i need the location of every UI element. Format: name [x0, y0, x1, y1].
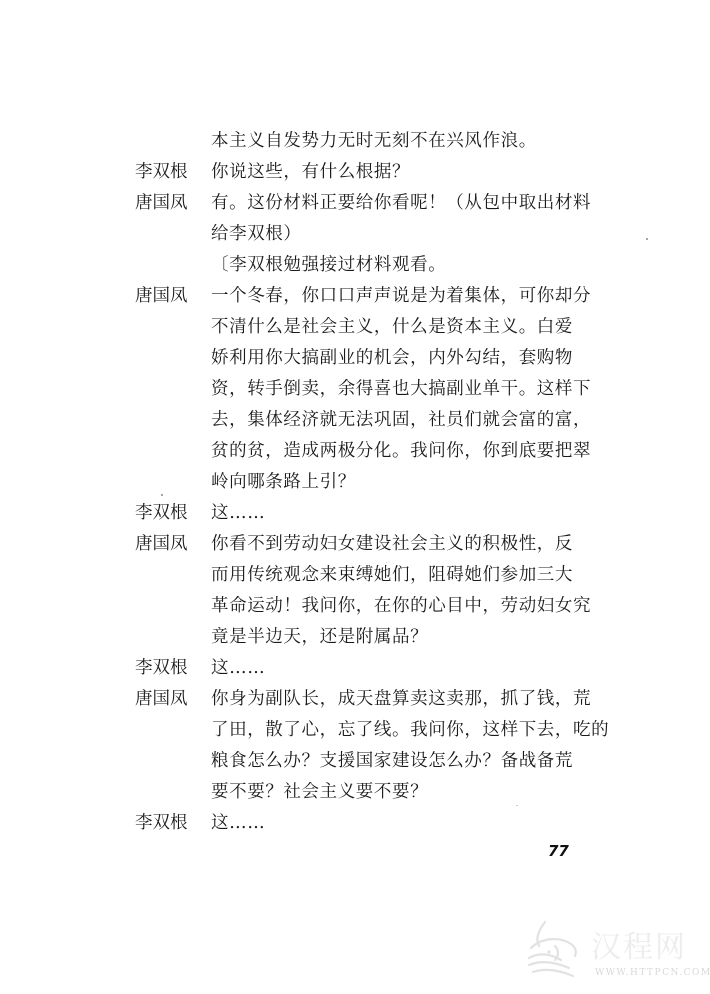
script-line: 本主义自发势力无时无刻不在兴风作浪。 — [135, 126, 585, 157]
scan-speck — [161, 494, 163, 496]
speaker-name: 唐国凤 — [135, 529, 205, 560]
script-line: 唐国凤 你看不到劳动妇女建设社会主义的积极性，反 — [135, 529, 585, 560]
dialogue-text: 娇利用你大搞副业的机会，内外勾结，套购物 — [211, 343, 573, 374]
script-line: 革命运动！我问你，在你的心目中，劳动妇女究 — [135, 591, 585, 622]
document-page: 本主义自发势力无时无刻不在兴风作浪。 李双根 你说这些，有什么根据？ 唐国凤 有… — [0, 0, 710, 994]
dialogue-text: 贫的贫，造成两极分化。我问你，你到底要把翠 — [211, 436, 591, 467]
script-line: 粮食怎么办？支援国家建设怎么办？备战备荒 — [135, 746, 585, 777]
script-line: 贫的贫，造成两极分化。我问你，你到底要把翠 — [135, 436, 585, 467]
speaker-name: 唐国凤 — [135, 188, 205, 219]
dialogue-text: 这…… — [211, 808, 265, 839]
dialogue-text: 革命运动！我问你，在你的心目中，劳动妇女究 — [211, 591, 591, 622]
dialogue-text: 给李双根） — [211, 219, 302, 250]
scan-speck — [646, 238, 648, 240]
script-line: 唐国凤 你身为副队长，成天盘算卖这卖那，抓了钱，荒 — [135, 684, 585, 715]
script-line: 去，集体经济就无法巩固，社员们就会富的富， — [135, 405, 585, 436]
dialogue-text: 一个冬春，你口口声声说是为着集体，可你却分 — [211, 281, 591, 312]
script-body: 本主义自发势力无时无刻不在兴风作浪。 李双根 你说这些，有什么根据？ 唐国凤 有… — [135, 126, 585, 839]
dialogue-text: 而用传统观念来束缚她们，阻碍她们参加三大 — [211, 560, 573, 591]
speaker-name: 李双根 — [135, 653, 205, 684]
watermark-title: 汉程网 — [591, 922, 687, 966]
dialogue-text: 去，集体经济就无法巩固，社员们就会富的富， — [211, 405, 591, 436]
script-line: 而用传统观念来束缚她们，阻碍她们参加三大 — [135, 560, 585, 591]
stage-direction-text: 〔李双根勉强接过材料观看。 — [211, 250, 446, 281]
dialogue-text: 岭向哪条路上引？ — [211, 467, 356, 498]
dialogue-text: 资，转手倒卖，余得喜也大搞副业单干。这样下 — [211, 374, 591, 405]
speaker-name: 李双根 — [135, 157, 205, 188]
script-line: 资，转手倒卖，余得喜也大搞副业单干。这样下 — [135, 374, 585, 405]
script-line: 李双根 这…… — [135, 653, 585, 684]
dialogue-text: 了田，散了心，忘了线。我问你，这样下去，吃的 — [211, 715, 609, 746]
script-line: 李双根 这…… — [135, 498, 585, 529]
dialogue-text: 本主义自发势力无时无刻不在兴风作浪。 — [211, 126, 537, 157]
dialogue-text: 粮食怎么办？支援国家建设怎么办？备战备荒 — [211, 746, 573, 777]
script-line: 给李双根） — [135, 219, 585, 250]
script-line: 李双根 你说这些，有什么根据？ — [135, 157, 585, 188]
script-line: 了田，散了心，忘了线。我问你，这样下去，吃的 — [135, 715, 585, 746]
scan-speck — [386, 562, 387, 563]
speaker-name: 李双根 — [135, 808, 205, 839]
dialogue-text: 有。这份材料正要给你看呢！（从包中取出材料 — [211, 188, 591, 219]
script-line: 娇利用你大搞副业的机会，内外勾结，套购物 — [135, 343, 585, 374]
watermark-url: WWW.HTTPCN.COM — [595, 968, 710, 978]
script-line: 唐国凤 一个冬春，你口口声声说是为着集体，可你却分 — [135, 281, 585, 312]
dialogue-text: 不清什么是社会主义，什么是资本主义。白爱 — [211, 312, 573, 343]
speaker-name: 唐国凤 — [135, 684, 205, 715]
speaker-name: 李双根 — [135, 498, 205, 529]
watermark: 汉程网 WWW.HTTPCN.COM — [525, 918, 705, 984]
script-line: 唐国凤 有。这份材料正要给你看呢！（从包中取出材料 — [135, 188, 585, 219]
dialogue-text: 竟是半边天，还是附属品？ — [211, 622, 428, 653]
dialogue-text: 你看不到劳动妇女建设社会主义的积极性，反 — [211, 529, 573, 560]
dialogue-text: 这…… — [211, 653, 265, 684]
page-number: 77 — [548, 842, 569, 860]
dialogue-text: 这…… — [211, 498, 265, 529]
scan-speck — [516, 805, 518, 806]
stage-direction-line: 〔李双根勉强接过材料观看。 — [135, 250, 585, 281]
dialogue-text: 你身为副队长，成天盘算卖这卖那，抓了钱，荒 — [211, 684, 591, 715]
script-line: 李双根 这…… — [135, 808, 585, 839]
script-line: 竟是半边天，还是附属品？ — [135, 622, 585, 653]
script-line: 岭向哪条路上引？ — [135, 467, 585, 498]
dialogue-text: 你说这些，有什么根据？ — [211, 157, 410, 188]
speaker-name: 唐国凤 — [135, 281, 205, 312]
dolphin-wave-logo-icon — [525, 918, 583, 980]
dialogue-text: 要不要？社会主义要不要？ — [211, 777, 428, 808]
script-line: 要不要？社会主义要不要？ — [135, 777, 585, 808]
script-line: 不清什么是社会主义，什么是资本主义。白爱 — [135, 312, 585, 343]
